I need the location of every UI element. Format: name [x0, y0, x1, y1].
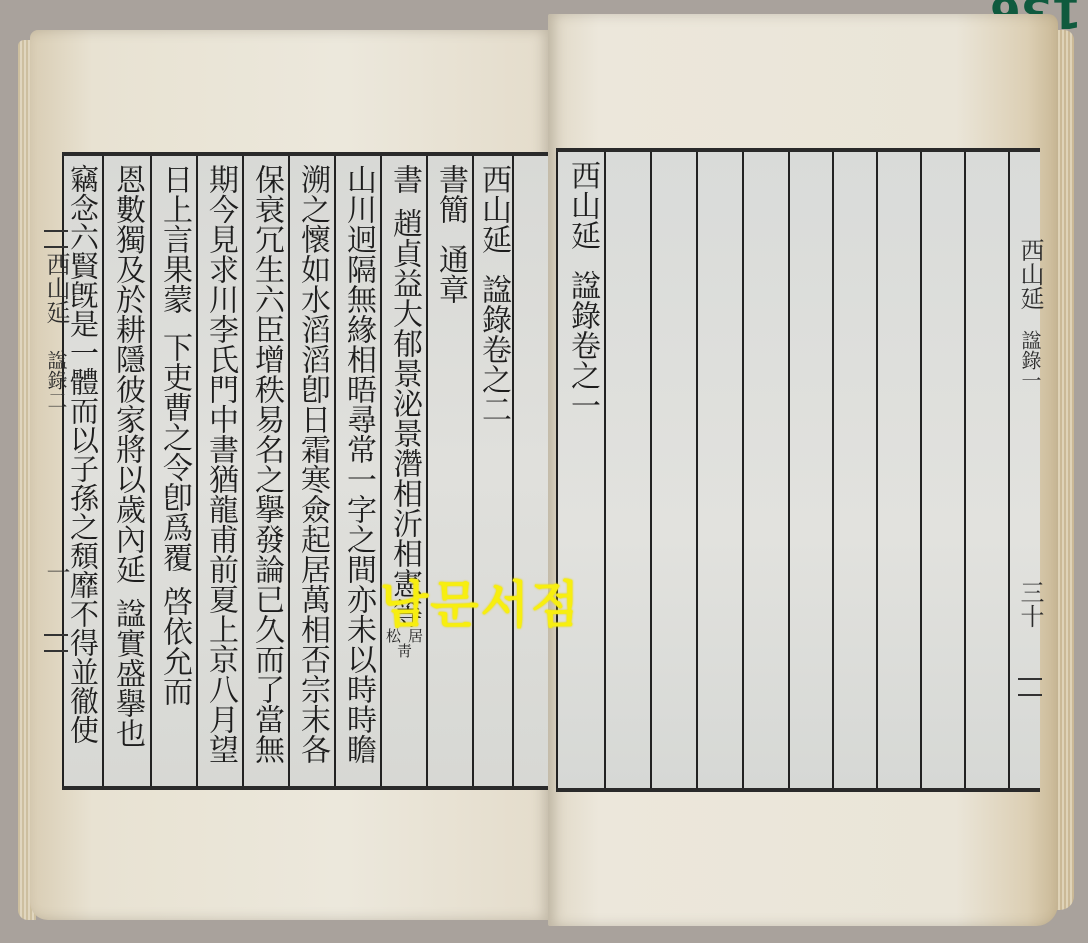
column-rule: [832, 152, 834, 788]
text-column: 保衰冗生六臣增秩易名之擧發論已久而了當無: [244, 156, 288, 786]
text-column: 期今見求川李氏門中書猶龍甫前夏上京八月望: [198, 156, 242, 786]
fish-tail-mark-icon: [44, 634, 68, 652]
left-page-frame: 西山延 諡錄卷之二 書簡 通章 書 趙貞益大郁景泌景濳相沂相憲等 居 松 靑 山…: [62, 152, 550, 790]
column-rule: [964, 152, 966, 788]
text-column: 溯之懷如水滔滔卽日霜寒僉起居萬相否宗末各: [290, 156, 334, 786]
column-rule: [920, 152, 922, 788]
right-page-frame: 西山延 諡錄卷之一: [556, 148, 1040, 792]
column-rule: [556, 152, 558, 788]
column-rule: [876, 152, 878, 788]
column-rule: [788, 152, 790, 788]
text-column-recipients: 書 趙貞益大郁景泌景濳相沂相憲等 居 松 靑: [382, 156, 426, 786]
text-column: 山川迥隔無緣相晤尋常一字之間亦未以時時瞻: [336, 156, 380, 786]
text-column-title: 西山延 諡錄卷之二: [474, 156, 512, 786]
column-rule: [512, 156, 514, 786]
column-rule: [1008, 152, 1010, 788]
column-rule: [696, 152, 698, 788]
fish-tail-mark-icon: [1018, 678, 1042, 696]
right-margin-label: 西山延 諡錄一 三十: [1016, 238, 1044, 696]
watermark: 남문서점: [380, 565, 581, 637]
column-rule: [742, 152, 744, 788]
fish-tail-mark-icon: [44, 230, 68, 248]
text-column-title: 西山延 諡錄卷之一: [560, 152, 604, 788]
left-margin-label: 西山延 諡錄二 一: [42, 230, 70, 652]
text-column-heading: 書簡 通章: [428, 156, 472, 786]
text-column: 恩數獨及於耕隱彼家將以歲內延 諡實盛擧也: [104, 156, 150, 786]
column-rule: [604, 152, 606, 788]
column-rule: [650, 152, 652, 788]
text-column: 日上言果蒙 下吏曹之令卽爲覆 啓依允而: [152, 156, 196, 786]
